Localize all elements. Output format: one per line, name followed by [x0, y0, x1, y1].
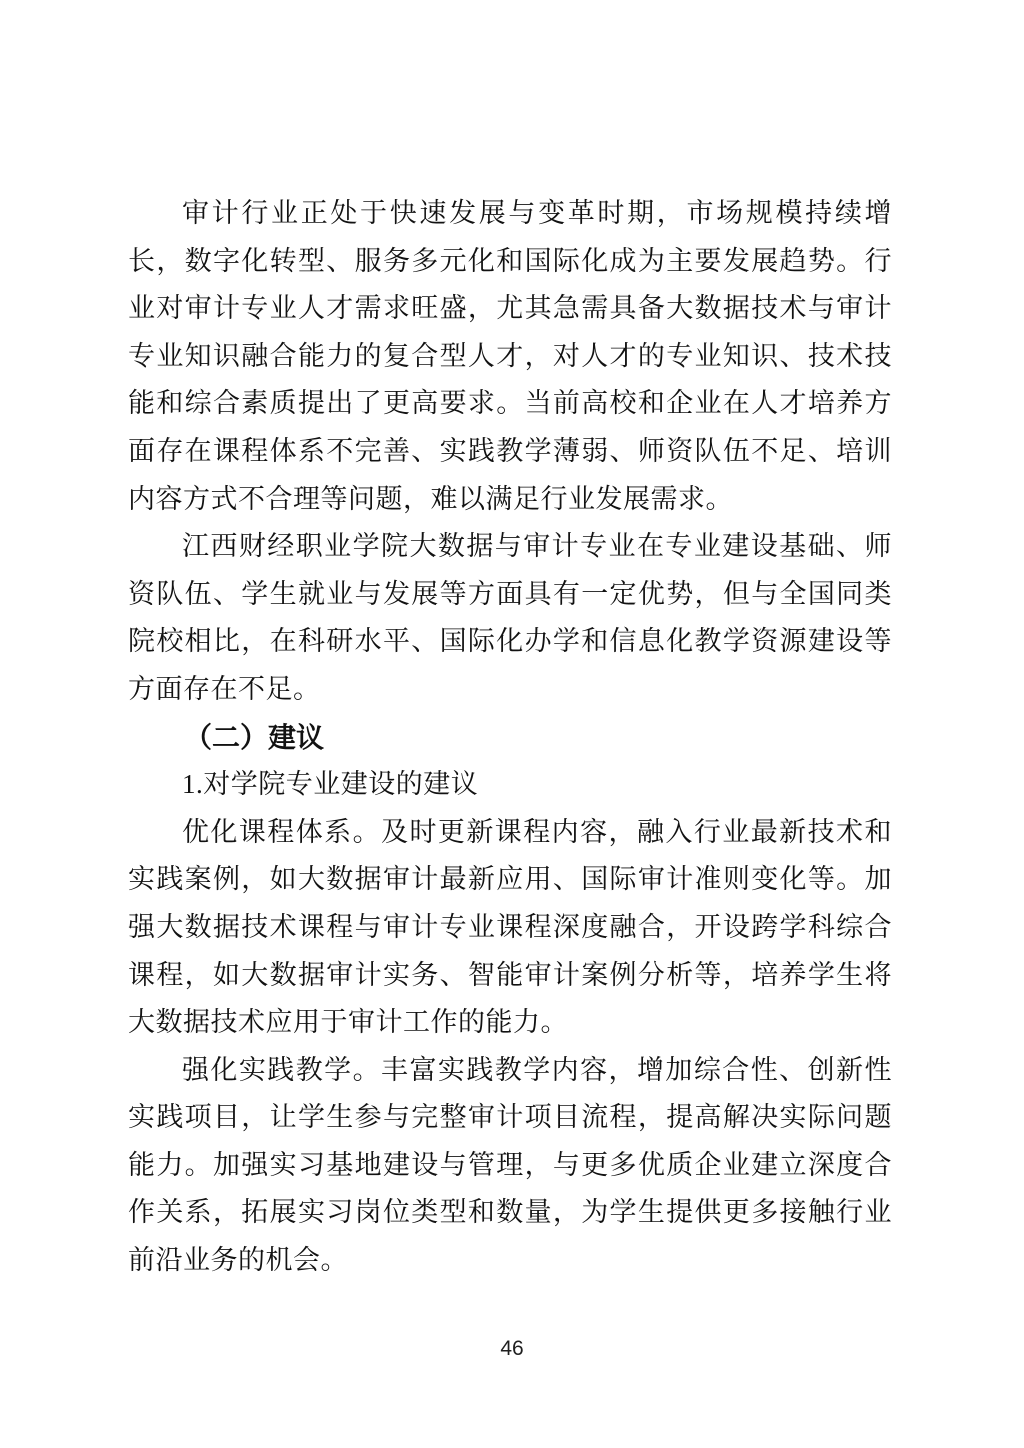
subsection-heading-college-suggestions: 1.对学院专业建设的建议: [128, 761, 892, 809]
paragraph-practice-teaching: 强化实践教学。丰富实践教学内容，增加综合性、创新性实践项目，让学生参与完整审计项…: [128, 1047, 892, 1285]
paragraph-curriculum-optimization: 优化课程体系。及时更新课程内容，融入行业最新技术和实践案例，如大数据审计最新应用…: [128, 809, 892, 1047]
document-page: 审计行业正处于快速发展与变革时期，市场规模持续增长，数字化转型、服务多元化和国际…: [0, 0, 1024, 1448]
page-number: 46: [0, 1337, 1024, 1361]
document-body: 审计行业正处于快速发展与变革时期，市场规模持续增长，数字化转型、服务多元化和国际…: [128, 190, 892, 1285]
paragraph-industry-overview: 审计行业正处于快速发展与变革时期，市场规模持续增长，数字化转型、服务多元化和国际…: [128, 190, 892, 523]
section-heading-suggestions: （二）建议: [128, 714, 892, 762]
paragraph-college-strengths: 江西财经职业学院大数据与审计专业在专业建设基础、师资队伍、学生就业与发展等方面具…: [128, 523, 892, 713]
